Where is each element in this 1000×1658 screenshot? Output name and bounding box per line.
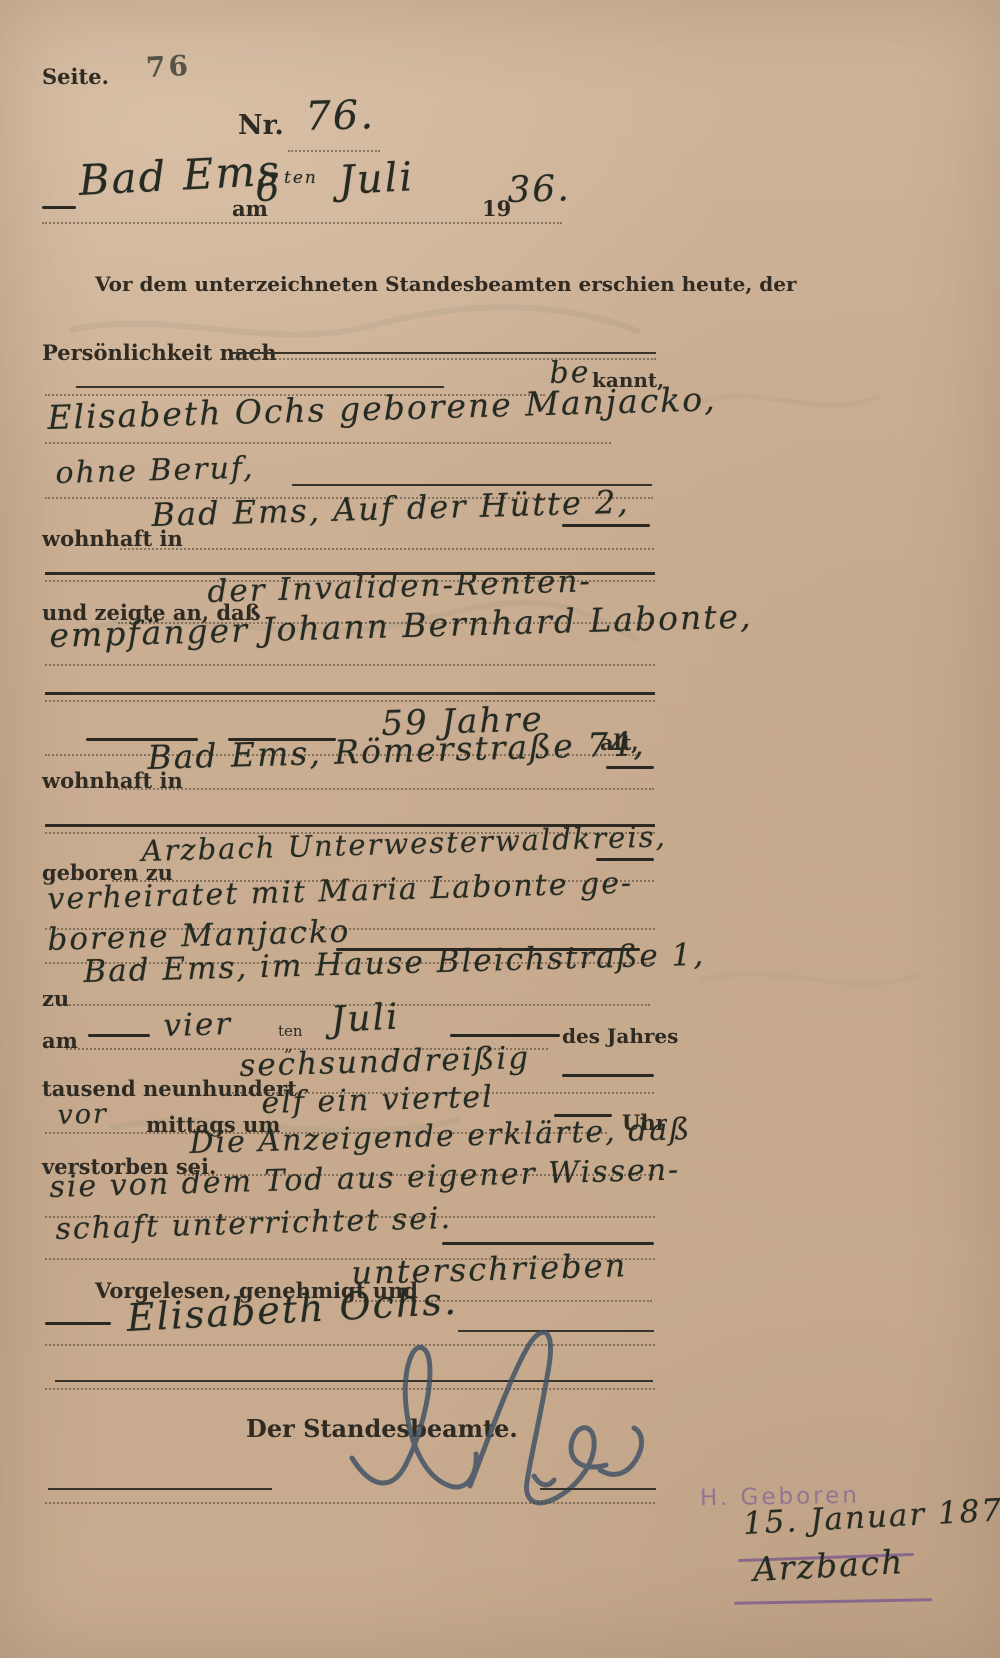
death-time-handwritten: elf ein viertel xyxy=(261,1080,494,1121)
death-month-dash xyxy=(450,1034,560,1037)
wohnhaft2-dash xyxy=(606,766,654,769)
geboren-dash xyxy=(596,858,654,861)
bottom-line-right xyxy=(540,1488,656,1490)
dateline-dash xyxy=(42,206,76,209)
wohnhaft2-dotted xyxy=(118,788,654,790)
des-jahres-label: des Jahres xyxy=(562,1024,678,1048)
declarant-occupation-handwritten: ohne Beruf, xyxy=(55,450,255,491)
vor-handwritten: vor xyxy=(57,1099,108,1131)
dateline-day-handwritten: 6 xyxy=(255,165,282,210)
death-day-dash xyxy=(88,1034,150,1037)
statement-dash xyxy=(442,1242,654,1245)
death-month-handwritten: Juli xyxy=(330,996,401,1041)
persoenlichkeit-line xyxy=(232,352,656,354)
death-register-page: Seite. 76 Nr. 76. Bad Ems am 6 ten Juli … xyxy=(0,0,1000,1658)
dateline-rule xyxy=(42,222,562,224)
intro-sentence: Vor dem unterzeichneten Standesbeamten e… xyxy=(95,272,797,296)
death-year-dash xyxy=(562,1074,654,1077)
declarant-name-rule xyxy=(45,442,611,444)
separator-2-dotted xyxy=(45,700,655,702)
registrar-signature xyxy=(338,1328,654,1520)
death-day-handwritten: vier xyxy=(163,1006,233,1044)
record-number-label: Nr. xyxy=(238,110,284,141)
deceased-dotted xyxy=(45,664,655,666)
separator-2 xyxy=(45,692,655,695)
wohnhaft1-dotted xyxy=(120,548,654,550)
page-side-label: Seite. xyxy=(42,64,109,89)
bottom-line-left xyxy=(48,1488,272,1490)
page-number-stamp: 76 xyxy=(145,49,192,84)
persoenlichkeit-dotted xyxy=(232,358,656,360)
signature-dash xyxy=(45,1322,111,1325)
dateline-month-handwritten: Juli xyxy=(338,154,416,204)
dateline-day-suffix-handwritten: ten xyxy=(284,168,318,188)
record-number-rule xyxy=(288,150,380,152)
dateline-year-handwritten: 36. xyxy=(507,168,571,211)
birth-place-handwritten: Arzbach xyxy=(752,1542,905,1589)
bottom-dotted xyxy=(45,1502,655,1504)
zu-label: zu xyxy=(42,986,69,1011)
record-number-value: 76. xyxy=(305,92,376,140)
wohnhaft1-dash xyxy=(562,524,650,527)
